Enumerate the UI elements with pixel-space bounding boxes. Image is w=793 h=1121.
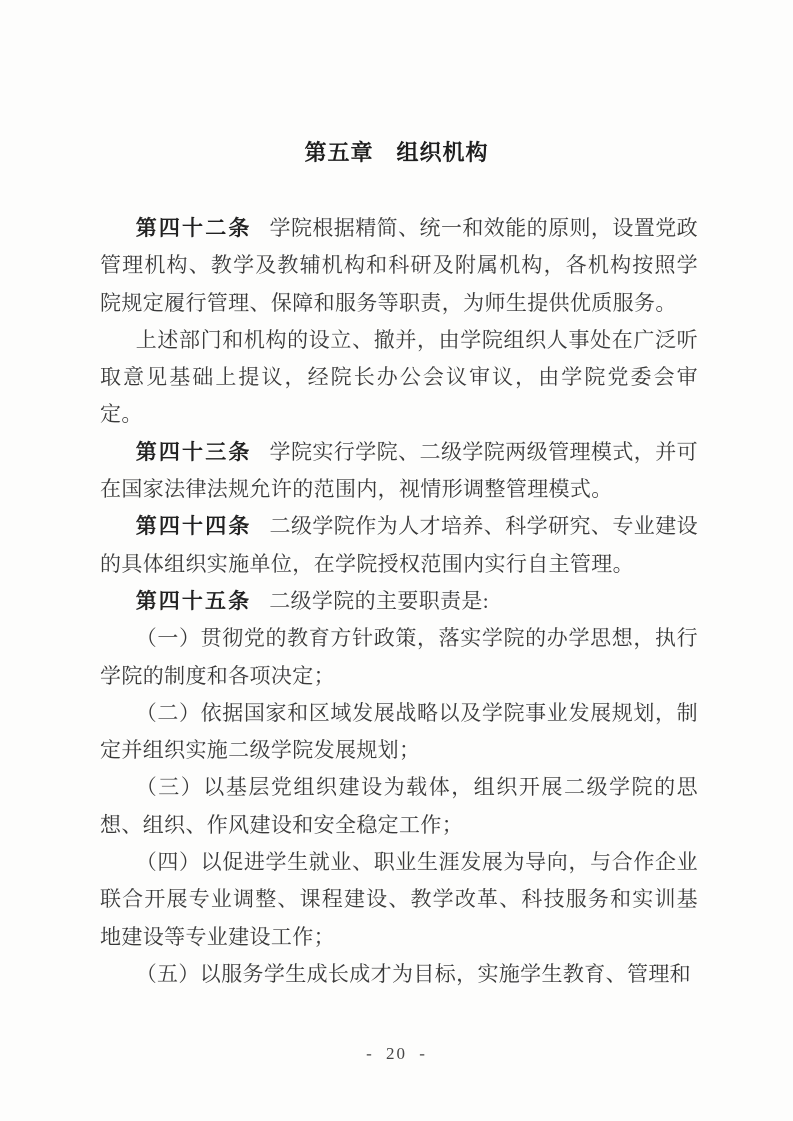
paragraph-text: 上述部门和机构的设立、撤并，由学院组织人事处在广泛听取意见基础上提议，经院长办公… [100,328,698,427]
paragraph-text: （一）贯彻党的教育方针政策，落实学院的办学思想，执行学院的制度和各项决定； [100,626,698,687]
paragraph: （五）以服务学生成长成才为目标，实施学生教育、管理和 [100,956,698,993]
paragraph: （三）以基层党组织建设为载体，组织开展二级学院的思想、组织、作风建设和安全稳定工… [100,769,698,844]
paragraph: 第四十五条二级学院的主要职责是: [100,583,698,620]
paragraph: 第四十四条二级学院作为人才培养、科学研究、专业建设的具体组织实施单位，在学院授权… [100,508,698,583]
paragraph: 第四十三条学院实行学院、二级学院两级管理模式，并可在国家法律法规允许的范围内，视… [100,434,698,509]
paragraph: （二）依据国家和区域发展战略以及学院事业发展规划，制定并组织实施二级学院发展规划… [100,695,698,770]
paragraph-text: （四）以促进学生就业、职业生涯发展为导向，与合作企业联合开展专业调整、课程建设、… [100,850,698,949]
paragraph: （一）贯彻党的教育方针政策，落实学院的办学思想，执行学院的制度和各项决定； [100,620,698,695]
paragraph: （四）以促进学生就业、职业生涯发展为导向，与合作企业联合开展专业调整、课程建设、… [100,844,698,956]
paragraph: 第四十二条学院根据精简、统一和效能的原则，设置党政管理机构、教学及教辅机构和科研… [100,210,698,322]
paragraph-text: 二级学院的主要职责是: [269,589,489,613]
page-footer: - 20 - [0,1044,793,1064]
document-body: 第四十二条学院根据精简、统一和效能的原则，设置党政管理机构、教学及教辅机构和科研… [100,210,698,993]
article-number: 第四十二条 [136,217,252,240]
paragraph-text: （三）以基层党组织建设为载体，组织开展二级学院的思想、组织、作风建设和安全稳定工… [100,775,698,836]
paragraph-text: （五）以服务学生成长成才为目标，实施学生教育、管理和 [136,962,691,986]
page-number: - 20 - [366,1044,427,1063]
paragraph-text: （二）依据国家和区域发展战略以及学院事业发展规划，制定并组织实施二级学院发展规划… [100,701,698,762]
paragraph: 上述部门和机构的设立、撤并，由学院组织人事处在广泛听取意见基础上提议，经院长办公… [100,322,698,434]
article-number: 第四十四条 [136,515,252,538]
document-page: 第五章 组织机构 第四十二条学院根据精简、统一和效能的原则，设置党政管理机构、教… [0,0,793,1121]
chapter-title: 第五章 组织机构 [0,136,793,167]
article-number: 第四十三条 [136,441,252,464]
article-number: 第四十五条 [136,590,252,613]
